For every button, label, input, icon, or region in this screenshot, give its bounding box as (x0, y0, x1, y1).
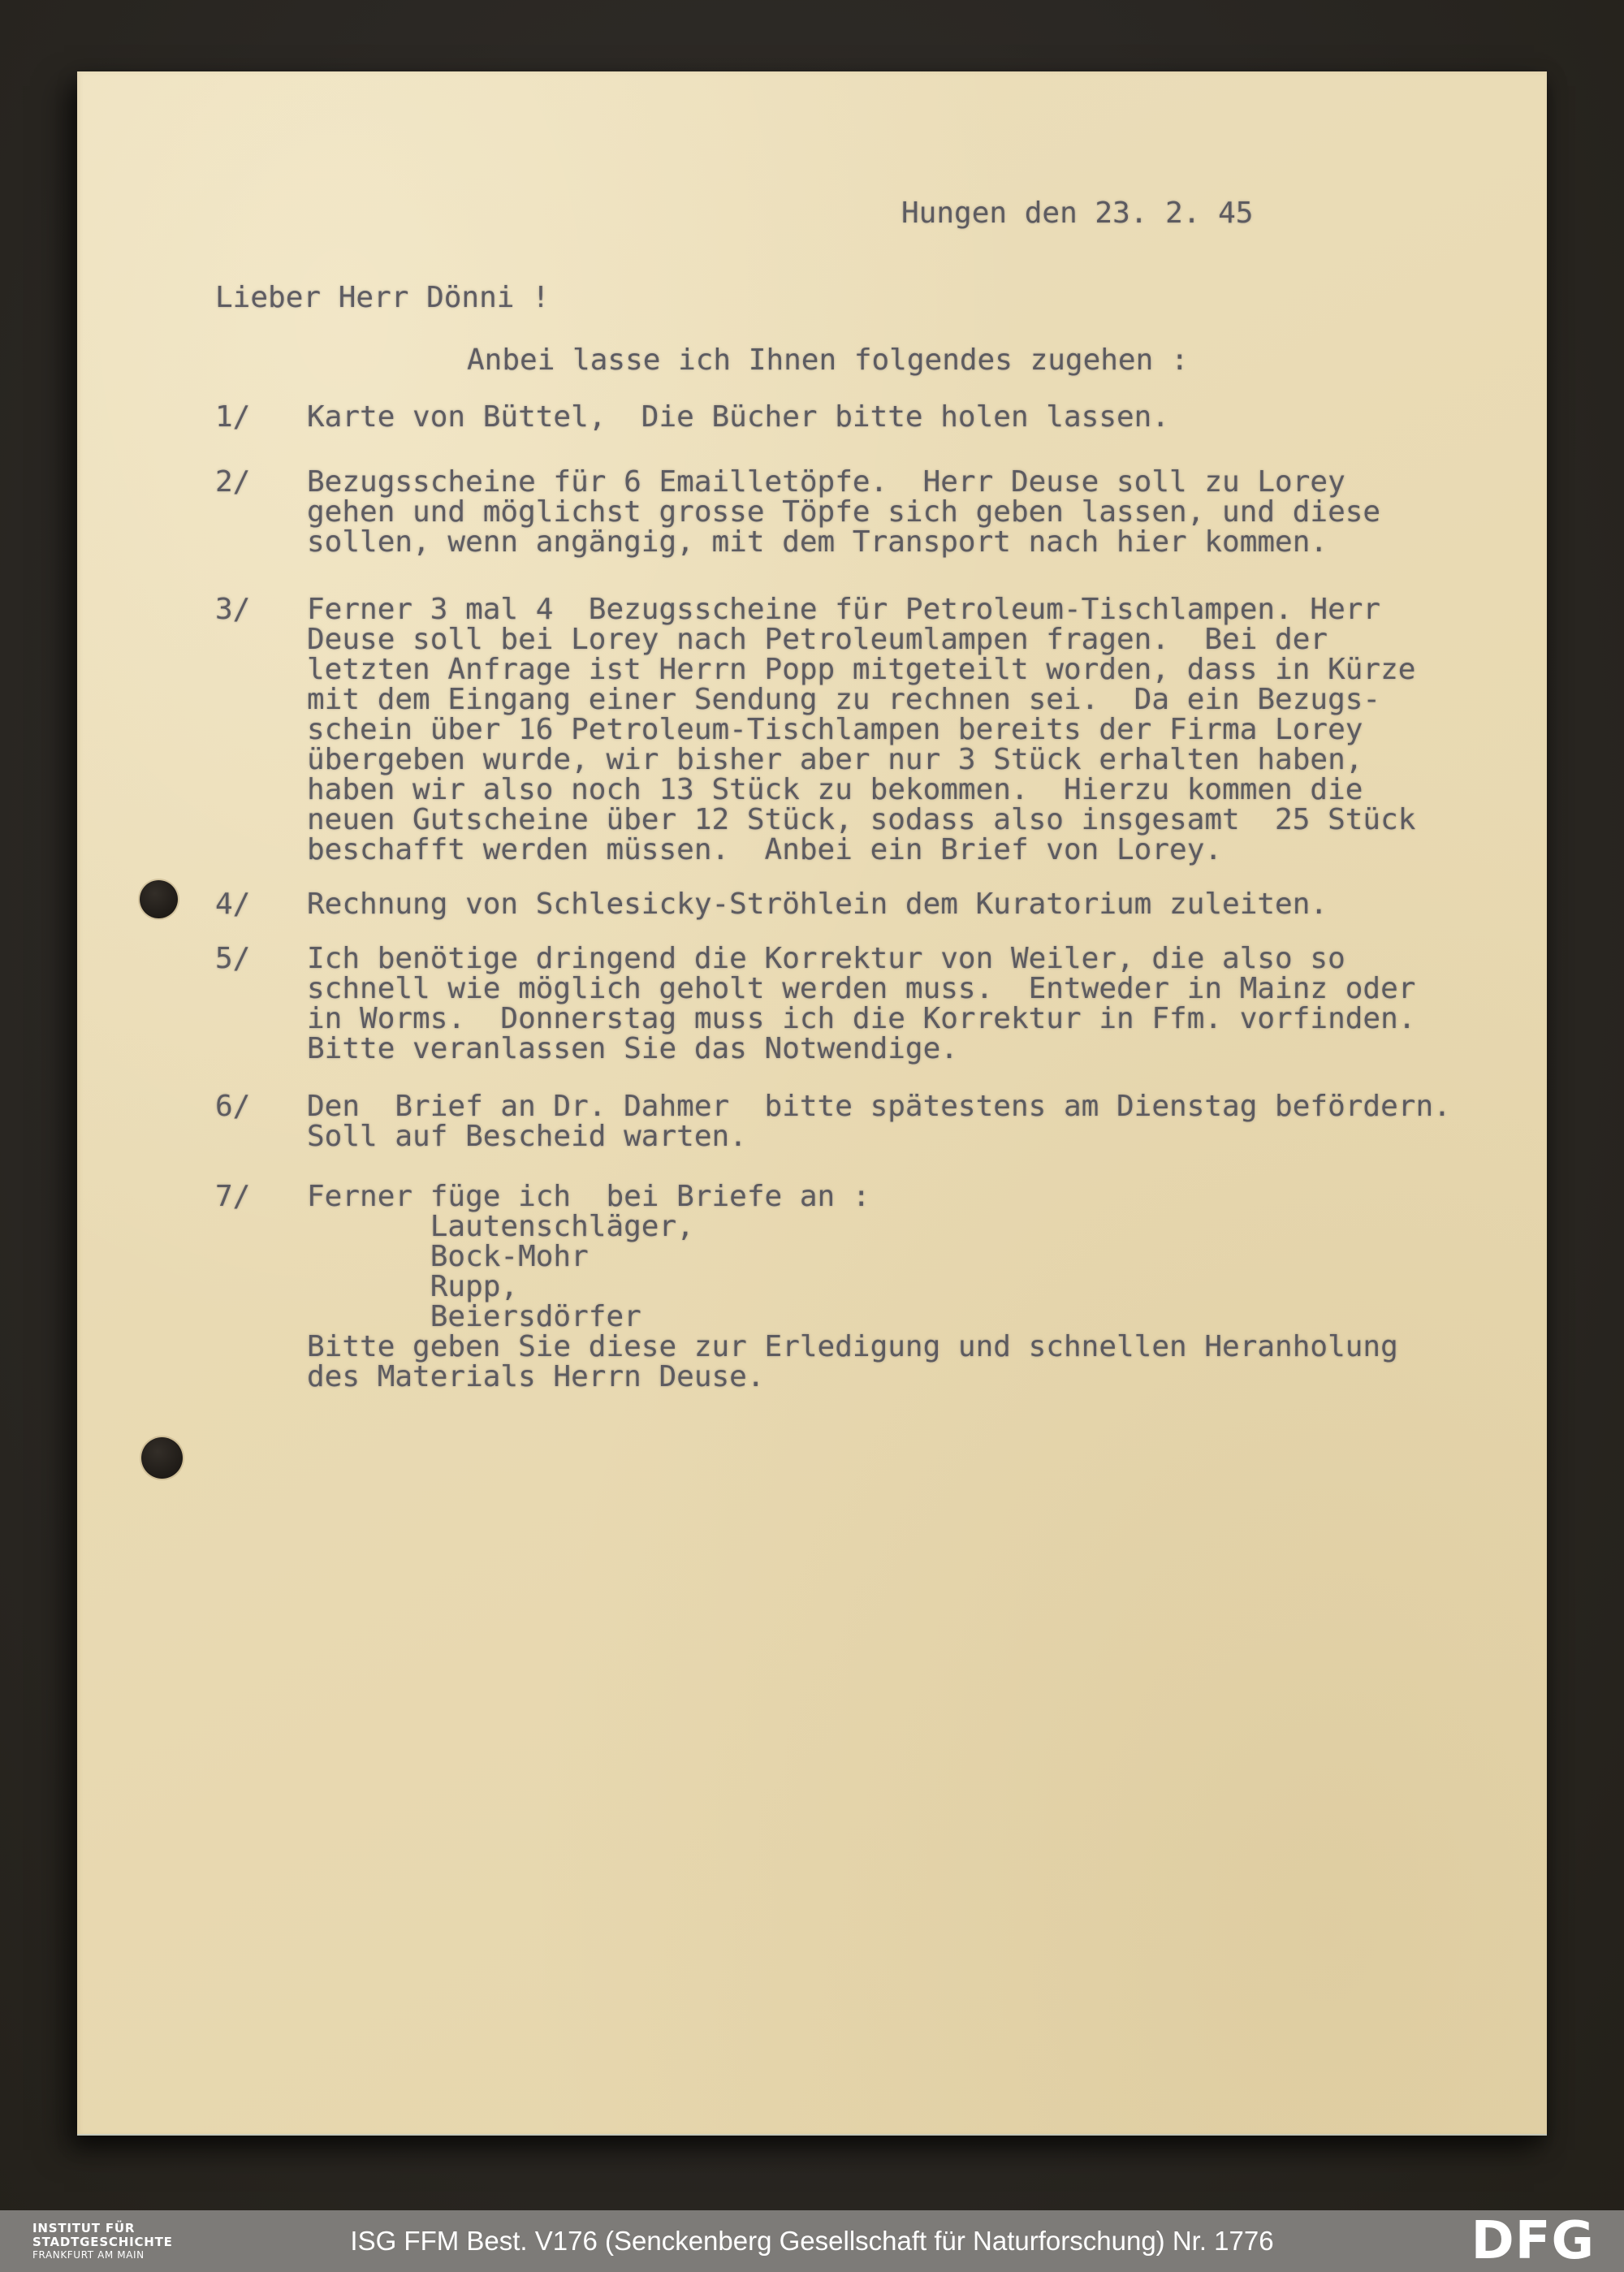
salutation: Lieber Herr Dönni ! (215, 283, 550, 313)
list-item-3: 3/ Ferner 3 mal 4 Bezugsscheine für Petr… (215, 594, 1415, 865)
list-item-7: 7/ Ferner füge ich bei Briefe an : Laute… (215, 1181, 1398, 1392)
item-text: Den Brief an Dr. Dahmer bitte spätestens… (307, 1091, 1451, 1151)
dfg-logo: DFG (1471, 2211, 1595, 2271)
hole-punch-top (140, 880, 178, 918)
item-number: 1/ (215, 402, 307, 432)
item-number: 7/ (215, 1181, 307, 1392)
intro-line: Anbei lasse ich Ihnen folgendes zugehen … (467, 345, 1189, 375)
hole-punch-bottom (141, 1437, 183, 1479)
item-number: 5/ (215, 944, 307, 1064)
list-item-5: 5/ Ich benötige dringend die Korrektur v… (215, 944, 1415, 1064)
date-line: Hungen den 23. 2. 45 (901, 198, 1253, 228)
list-item-4: 4/ Rechnung von Schlesicky-Ströhlein dem… (215, 889, 1328, 919)
list-item-6: 6/ Den Brief an Dr. Dahmer bitte spätest… (215, 1091, 1451, 1151)
institute-line2: STADTGESCHICHTE (32, 2235, 173, 2249)
item-text: Rechnung von Schlesicky-Ströhlein dem Ku… (307, 889, 1328, 919)
item-text: Ferner 3 mal 4 Bezugsscheine für Petrole… (307, 594, 1415, 865)
institute-logo: INSTITUT FÜR STADTGESCHICHTE FRANKFURT A… (32, 2210, 173, 2272)
item-text: Bezugsscheine für 6 Emailletöpfe. Herr D… (307, 467, 1380, 557)
item-text: Karte von Büttel, Die Bücher bitte holen… (307, 402, 1169, 432)
item-number: 4/ (215, 889, 307, 919)
item-number: 2/ (215, 467, 307, 557)
item-number: 3/ (215, 594, 307, 865)
institute-line1: INSTITUT FÜR (32, 2222, 173, 2235)
item-number: 6/ (215, 1091, 307, 1151)
item-text: Ferner füge ich bei Briefe an : Lautensc… (307, 1181, 1398, 1392)
footer-bar: INSTITUT FÜR STADTGESCHICHTE FRANKFURT A… (0, 2210, 1624, 2272)
list-item-2: 2/ Bezugsscheine für 6 Emailletöpfe. Her… (215, 467, 1380, 557)
list-item-1: 1/ Karte von Büttel, Die Bücher bitte ho… (215, 402, 1169, 432)
scan-background: Hungen den 23. 2. 45 Lieber Herr Dönni !… (0, 0, 1624, 2272)
item-text: Ich benötige dringend die Korrektur von … (307, 944, 1415, 1064)
institute-line3: FRANKFURT AM MAIN (32, 2249, 173, 2261)
archive-reference: ISG FFM Best. V176 (Senckenberg Gesellsc… (350, 2226, 1273, 2257)
letter-page: Hungen den 23. 2. 45 Lieber Herr Dönni !… (77, 71, 1547, 2136)
